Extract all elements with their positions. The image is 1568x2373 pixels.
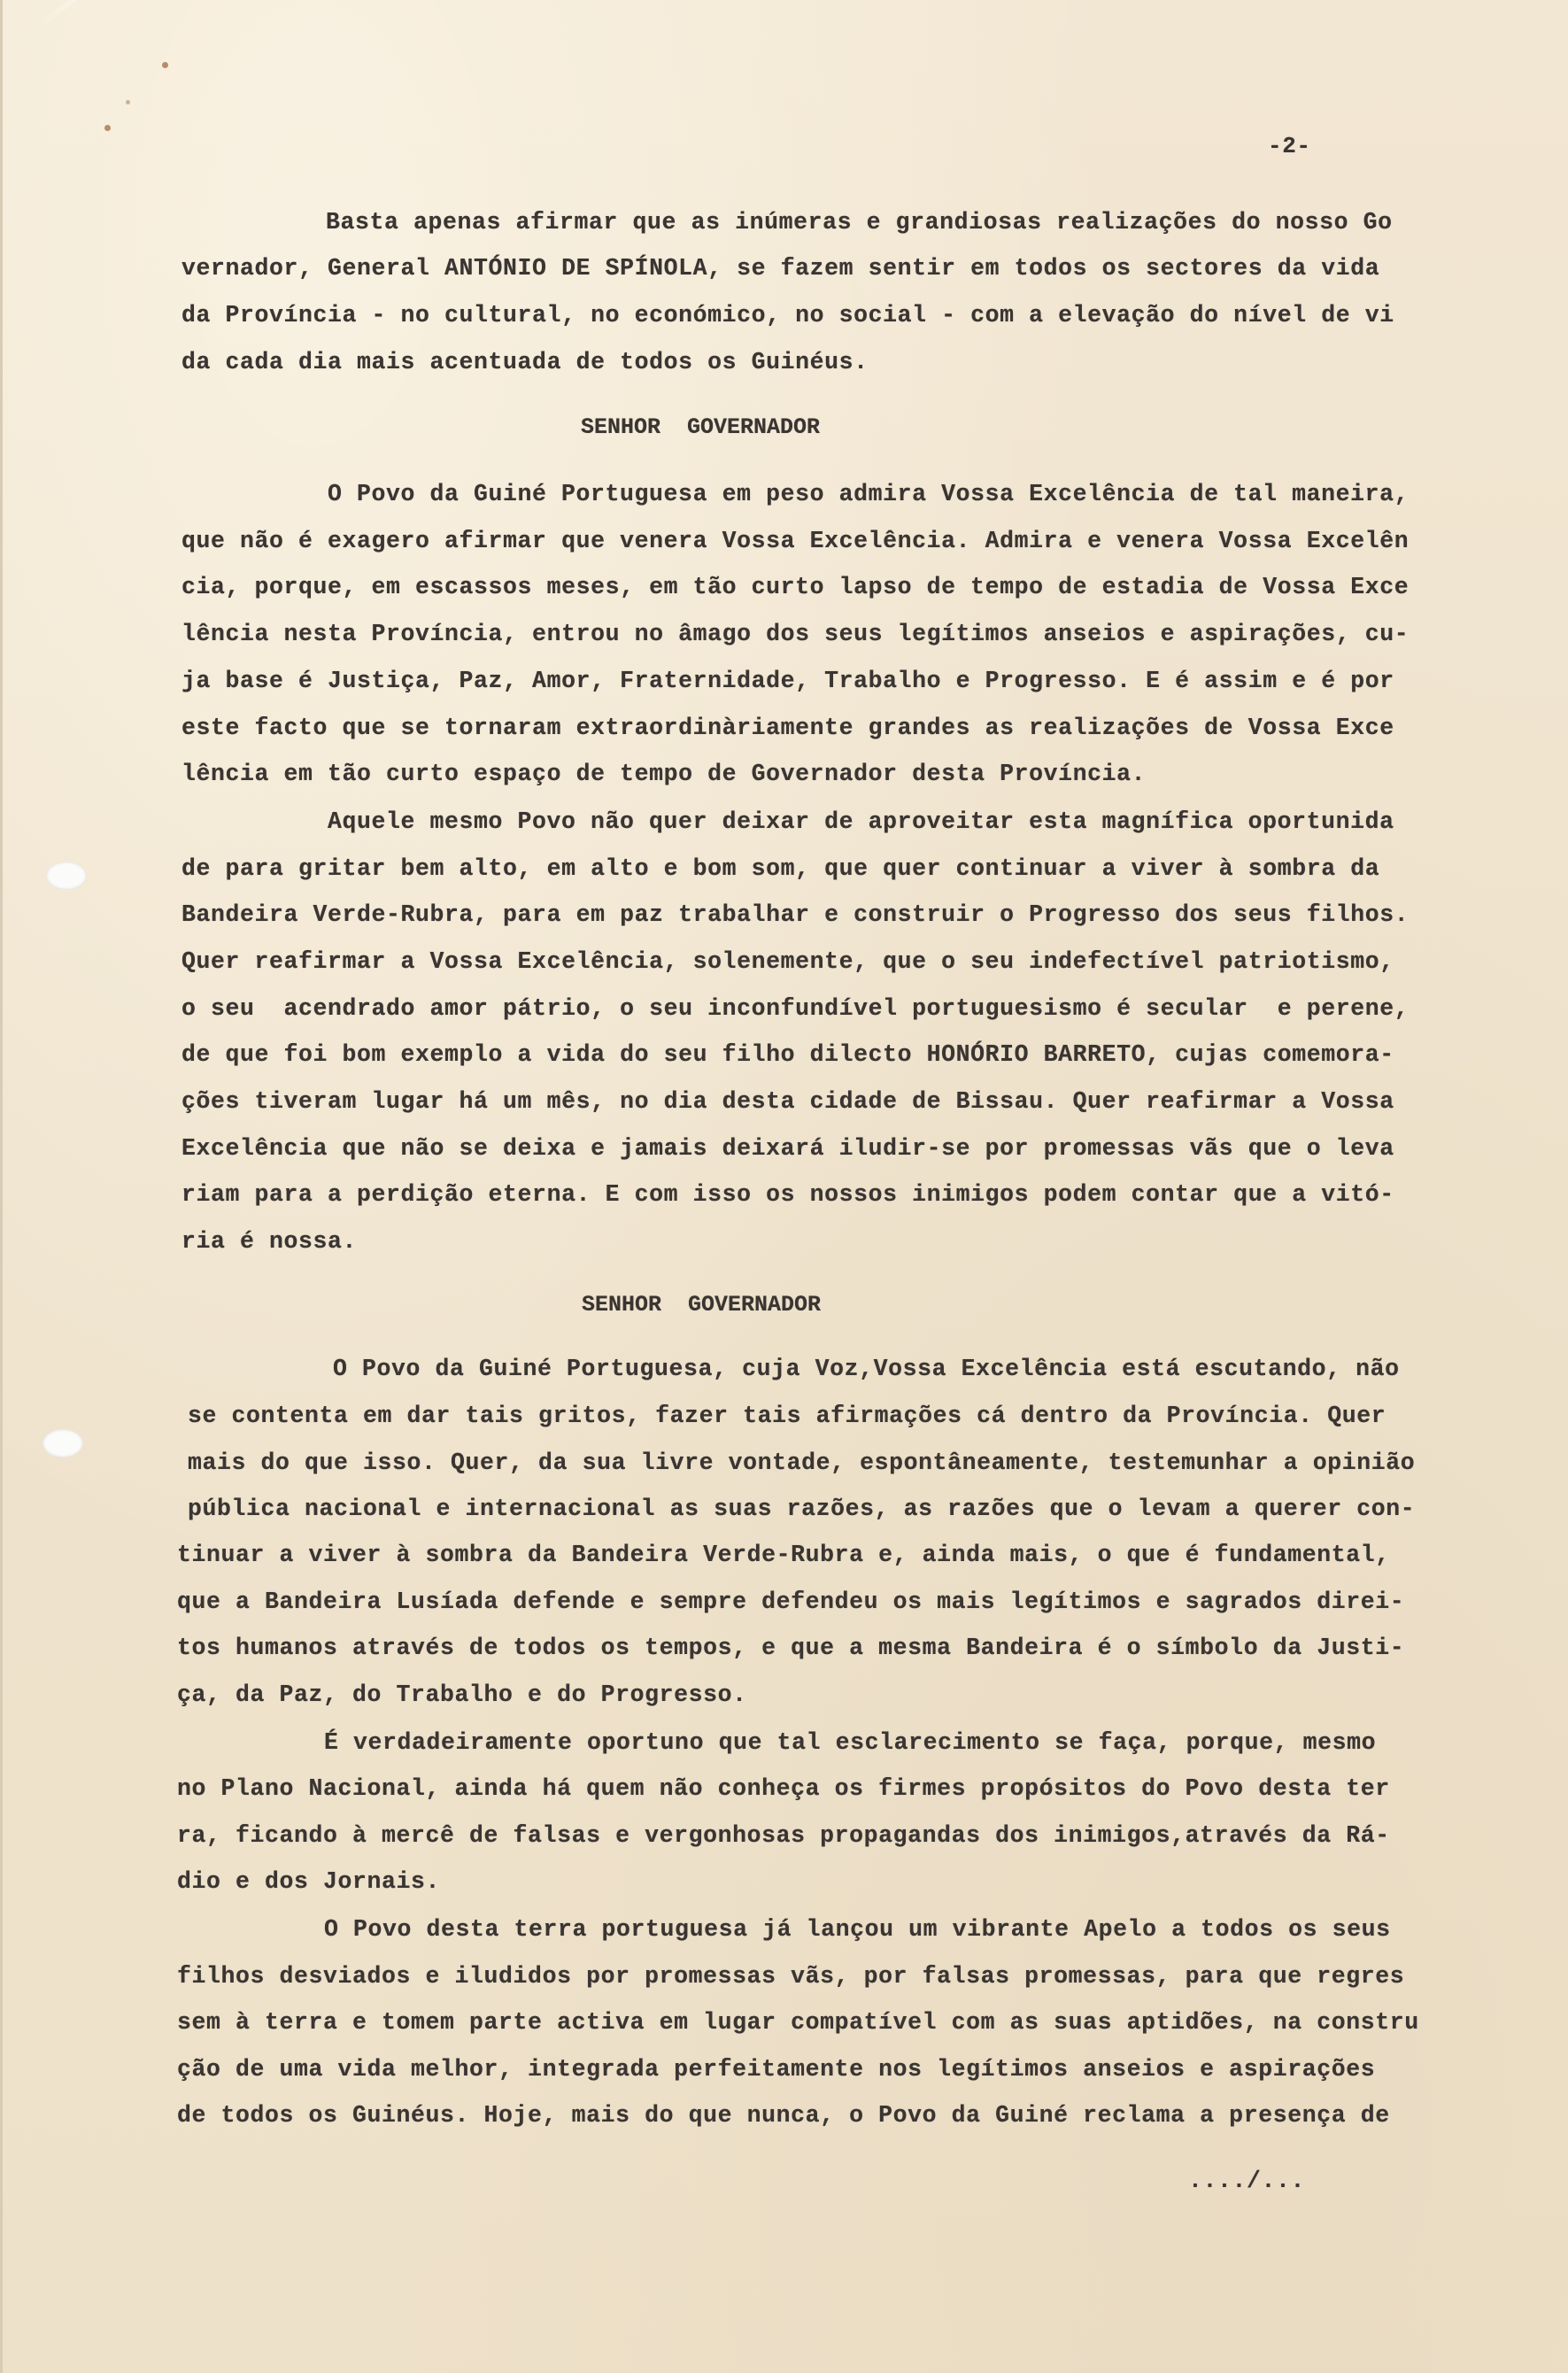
text-line: que a Bandeira Lusíada defende e sempre … [177,1588,1404,1615]
text-line: da cada dia mais acentuada de todos os G… [182,349,869,375]
text-line: que não é exagero afirmar que venera Vos… [182,528,1409,554]
punch-hole-bottom [42,1429,83,1457]
text-line: sem à terra e tomem parte activa em luga… [177,2009,1419,2036]
text-line: ra, ficando à mercê de falsas e vergonho… [177,1822,1390,1849]
text-line: É verdadeiramente oportuno que tal escla… [324,1729,1376,1756]
text-line: Bandeira Verde-Rubra, para em paz trabal… [182,901,1409,928]
text-line: Quer reafirmar a Vossa Excelência, solen… [182,948,1394,975]
section-heading: SENHOR GOVERNADOR [581,414,820,441]
text-line: ções tiveram lugar há um mês, no dia des… [182,1088,1394,1115]
text-line: tos humanos através de todos os tempos, … [177,1635,1404,1661]
text-line: Aquele mesmo Povo não quer deixar de apr… [328,808,1394,835]
text-line: o seu acendrado amor pátrio, o seu incon… [182,995,1409,1022]
text-line: Excelência que não se deixa e jamais dei… [182,1135,1394,1162]
text-line: no Plano Nacional, ainda há quem não con… [177,1775,1390,1802]
text-line: O Povo da Guiné Portuguesa em peso admir… [328,481,1409,507]
text-line: ça, da Paz, do Trabalho e do Progresso. [177,1681,747,1708]
text-line: se contenta em dar tais gritos, fazer ta… [188,1403,1386,1429]
page-edge [0,0,3,2373]
text-line: ria é nossa. [182,1228,357,1255]
text-line: filhos desviados e iludidos por promessa… [177,1963,1404,1990]
text-line: dio e dos Jornais. [177,1868,440,1895]
paper-crease [34,0,156,31]
rust-speck [162,62,168,68]
section-heading: SENHOR GOVERNADOR [582,1292,821,1318]
text-line: lência nesta Província, entrou no âmago … [182,621,1409,647]
text-line: ja base é Justiça, Paz, Amor, Fraternida… [182,668,1394,694]
text-line: O Povo da Guiné Portuguesa, cuja Voz,Vos… [333,1356,1400,1382]
text-line: da Província - no cultural, no económico… [182,302,1394,329]
text-line: Basta apenas afirmar que as inúmeras e g… [326,209,1393,236]
punch-hole-top [46,862,87,890]
text-line: riam para a perdição eterna. E com isso … [182,1181,1394,1208]
text-line: mais do que isso. Quer, da sua livre von… [188,1449,1415,1476]
text-line: O Povo desta terra portuguesa já lançou … [324,1916,1391,1943]
rust-speck [104,125,111,131]
text-line: de todos os Guinéus. Hoje, mais do que n… [177,2102,1390,2129]
text-line: vernador, General ANTÓNIO DE SPÍNOLA, se… [182,255,1379,282]
text-line: este facto que se tornaram extraordinàri… [182,715,1394,741]
document-page: -2- Basta apenas afirmar que as inúmeras… [0,0,1568,2373]
page-number: -2- [1268,133,1311,159]
continuation-mark: ..../... [1188,2168,1305,2194]
text-line: tinuar a viver à sombra da Bandeira Verd… [177,1542,1390,1568]
text-line: ção de uma vida melhor, integrada perfei… [177,2056,1375,2083]
text-line: lência em tão curto espaço de tempo de G… [182,761,1146,787]
text-line: pública nacional e internacional as suas… [188,1496,1415,1522]
text-line: de para gritar bem alto, em alto e bom s… [182,855,1379,882]
text-line: cia, porque, em escassos meses, em tão c… [182,574,1409,600]
text-line: de que foi bom exemplo a vida do seu fil… [182,1041,1394,1068]
rust-speck [126,100,130,104]
